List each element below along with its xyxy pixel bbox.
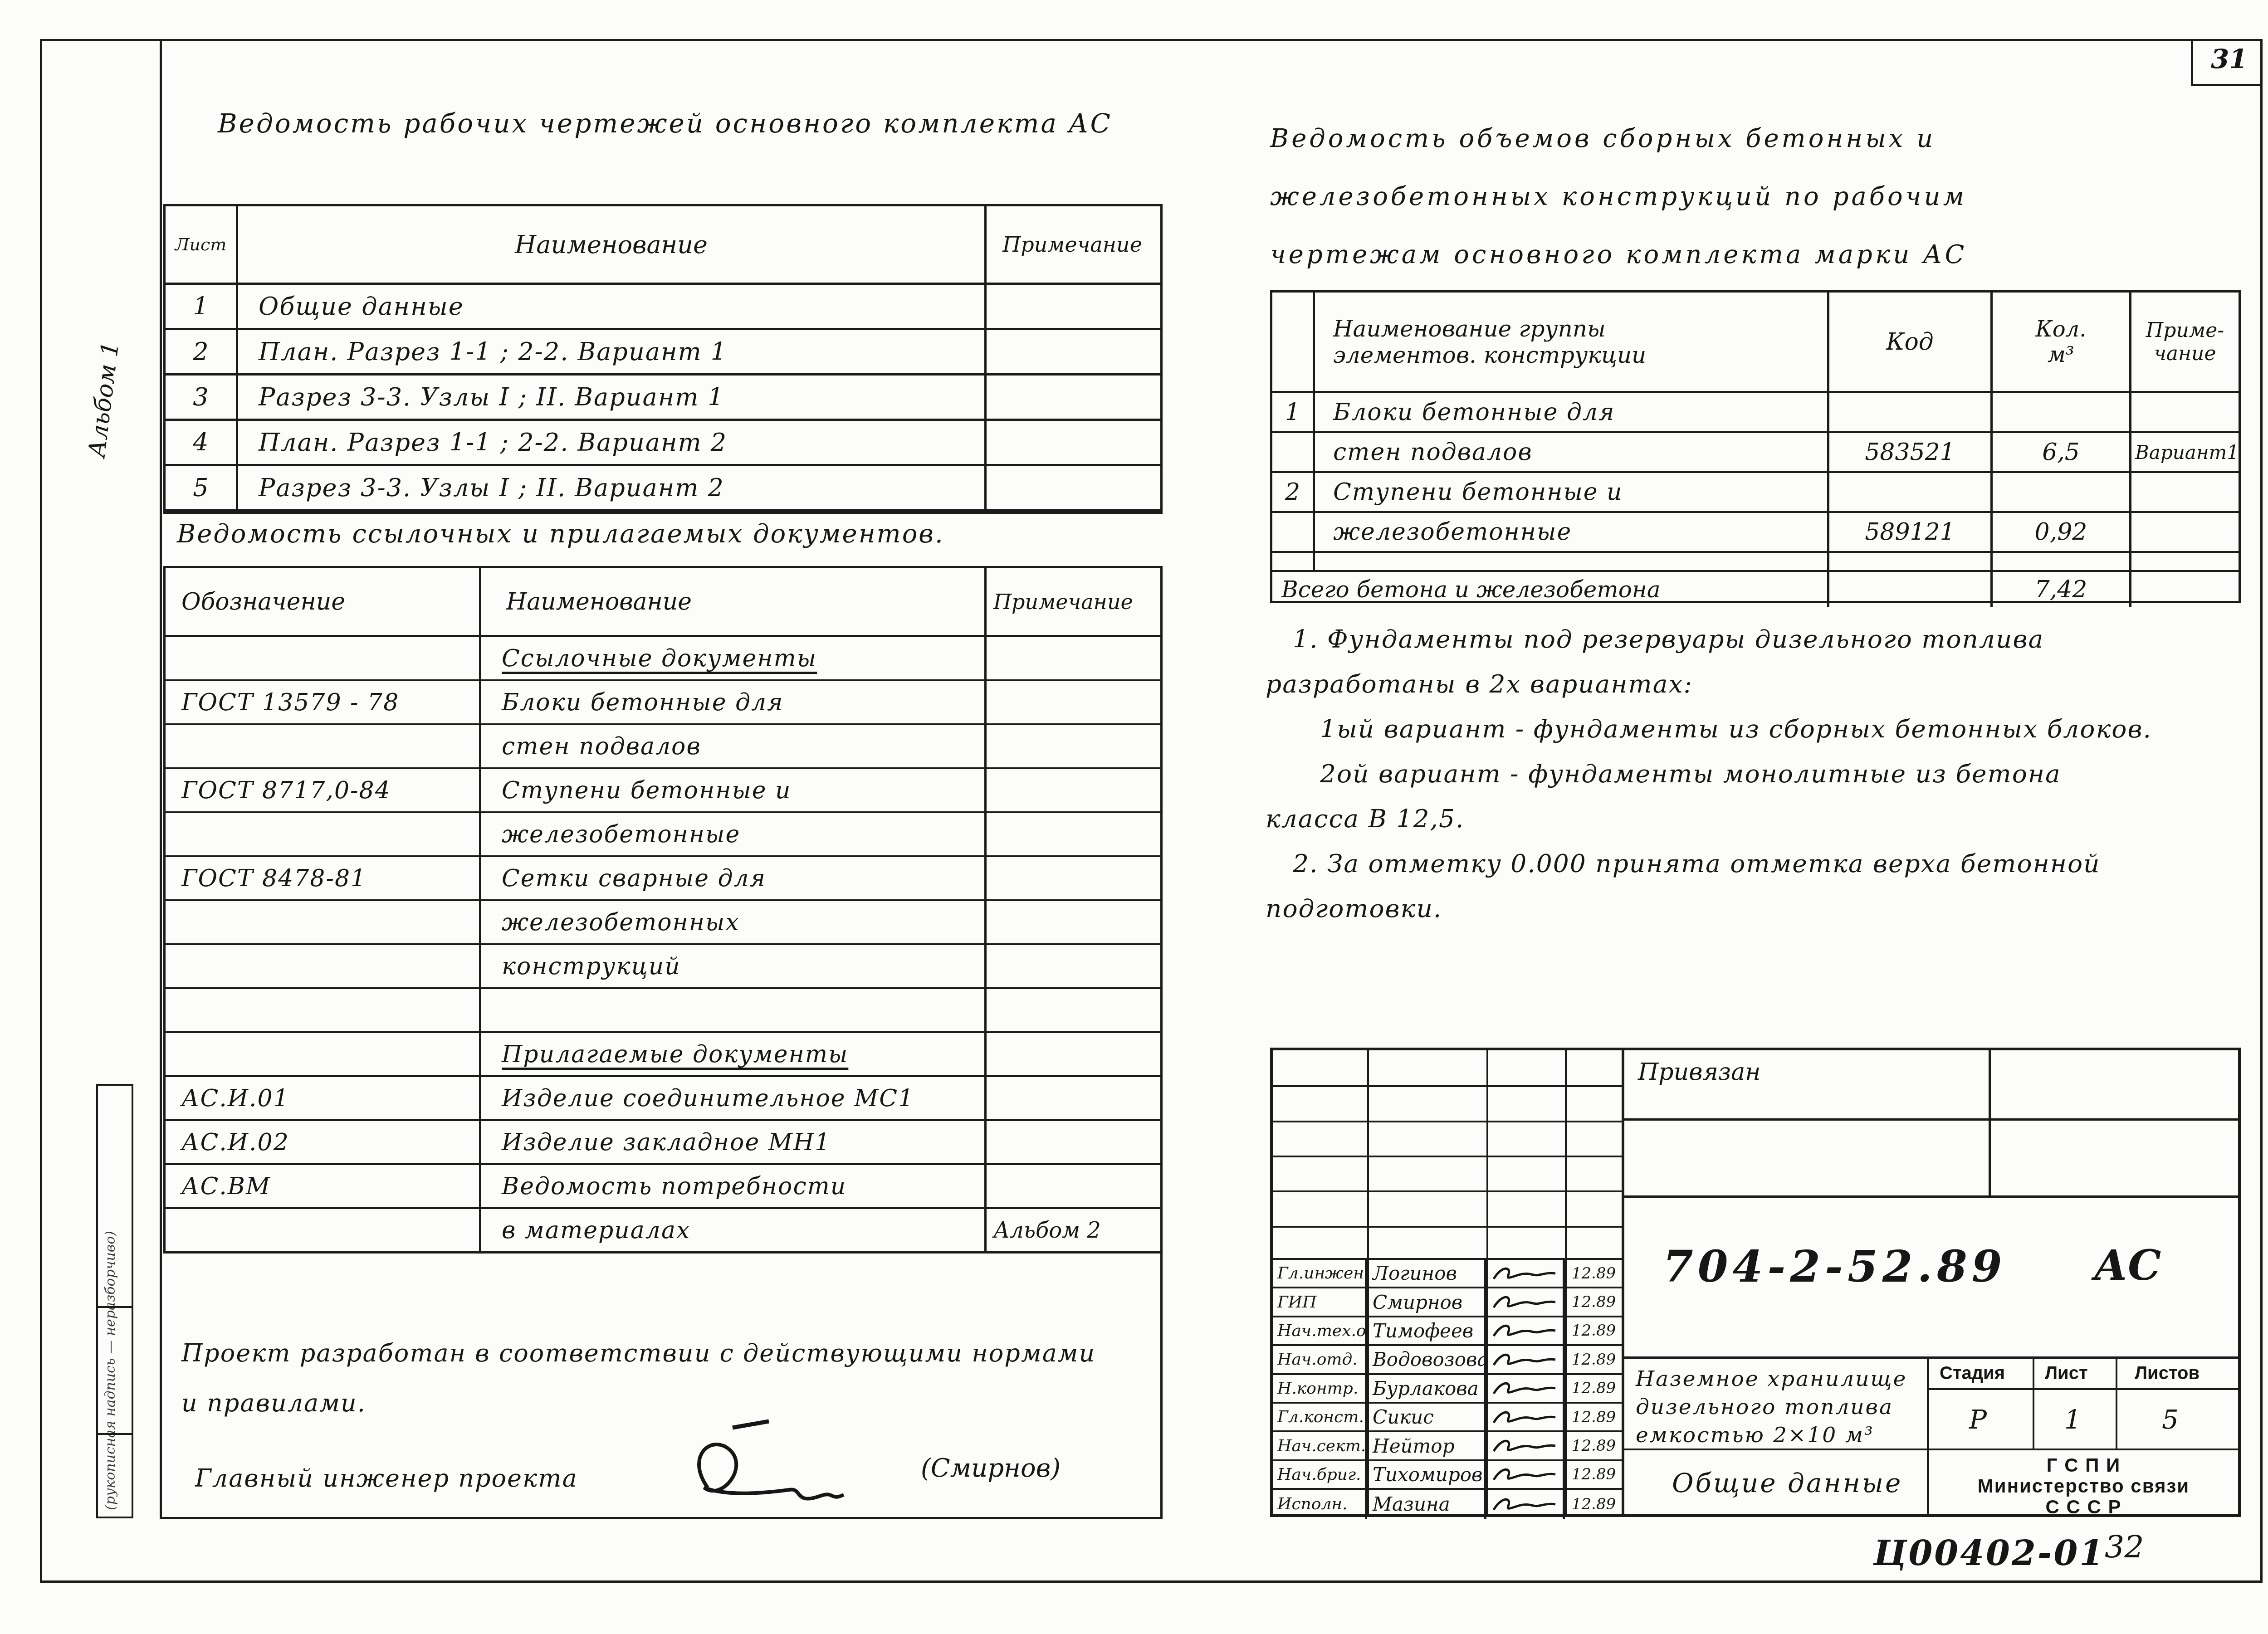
frame-left-outer bbox=[40, 39, 42, 1583]
col-header-sheet: Лист bbox=[166, 206, 238, 283]
row-document-mark bbox=[166, 989, 481, 1031]
row-document-mark bbox=[166, 1209, 481, 1251]
tb-line bbox=[1624, 1449, 1929, 1450]
row-document-name-text: Ссылочные документы bbox=[502, 645, 817, 672]
table-row: 3Разрез 3-3. Узлы I ; II. Вариант 1 bbox=[166, 376, 1160, 421]
table-row: 2План. Разрез 1-1 ; 2-2. Вариант 1 bbox=[166, 330, 1160, 376]
signature-date: 12.89 bbox=[1565, 1260, 1623, 1287]
signature-rows: Гл.инжен.Логинов12.89ГИПСмирнов12.89Нач.… bbox=[1273, 1260, 1623, 1514]
signature-name: Тихомиров bbox=[1367, 1461, 1486, 1488]
row-note bbox=[987, 989, 1158, 1031]
row-document-name: Ступени бетонные и bbox=[481, 769, 987, 811]
row-quantity bbox=[1993, 553, 2131, 570]
tb-rev-line bbox=[1273, 1190, 1623, 1192]
signature-scribble bbox=[1488, 1405, 1561, 1429]
row-code: 583521 bbox=[1829, 433, 1993, 471]
signature-autograph bbox=[1486, 1260, 1565, 1287]
total-note bbox=[2131, 572, 2239, 607]
row-note bbox=[987, 285, 1158, 328]
row-document-name-text: Ступени бетонные и bbox=[502, 777, 792, 804]
signature-name: Нейтор bbox=[1367, 1432, 1486, 1459]
signature-row: ГИПСмирнов12.89 bbox=[1273, 1288, 1623, 1317]
signature-autograph bbox=[1486, 1404, 1565, 1430]
signature-scribble bbox=[1488, 1493, 1561, 1516]
row-element-name: железобетонные bbox=[1315, 513, 1829, 551]
table-row: железобетонные bbox=[166, 813, 1160, 857]
signature-role: ГИП bbox=[1273, 1288, 1367, 1315]
general-notes: 1. Фундаменты под резервуары дизельного … bbox=[1266, 617, 2263, 931]
row-number bbox=[1272, 553, 1315, 570]
row-document-mark bbox=[166, 637, 481, 679]
row-code bbox=[1829, 473, 1993, 511]
row-quantity: 0,92 bbox=[1993, 513, 2131, 551]
row-sheet-number: 2 bbox=[166, 330, 238, 373]
table-row: ГОСТ 8717,0-84Ступени бетонные и bbox=[166, 769, 1160, 813]
signature-date: 12.89 bbox=[1565, 1490, 1623, 1518]
volumes-register-table: Наименование группы элементов. конструкц… bbox=[1270, 290, 2241, 603]
volumes-title-line: Ведомость объемов сборных бетонных и bbox=[1270, 110, 2241, 168]
corner-box-bottom bbox=[2191, 84, 2263, 86]
table-row: стен подвалов5835216,5Вариант1 bbox=[1272, 433, 2239, 473]
chief-engineer-signature bbox=[653, 1415, 907, 1517]
signature-date: 12.89 bbox=[1565, 1375, 1623, 1402]
signature-row: Гл.инжен.Логинов12.89 bbox=[1273, 1260, 1623, 1288]
col-header-note: Примечание bbox=[987, 206, 1158, 283]
qty-header-line1: Кол. bbox=[2036, 317, 2087, 342]
row-document-name: Прилагаемые документы bbox=[481, 1033, 987, 1075]
row-note bbox=[2131, 393, 2239, 431]
row-note bbox=[987, 1121, 1158, 1163]
signature-name: Мазина bbox=[1367, 1490, 1486, 1518]
signature-name: Тимофеев bbox=[1367, 1317, 1486, 1344]
signature-autograph bbox=[1486, 1375, 1565, 1402]
note-line: разработаны в 2х вариантах: bbox=[1266, 662, 2263, 707]
signature-scribble bbox=[1488, 1376, 1561, 1400]
signature-role: Нач.отд. bbox=[1273, 1346, 1367, 1373]
row-number: 1 bbox=[1272, 393, 1315, 431]
row-document-name-text: Сетки сварные для bbox=[502, 865, 766, 892]
row-element-name: Ступени бетонные и bbox=[1315, 473, 1829, 511]
row-note: Альбом 2 bbox=[987, 1209, 1158, 1251]
row-quantity bbox=[1993, 393, 2131, 431]
table-row: АС.И.01Изделие соединительное МС1 bbox=[166, 1077, 1160, 1121]
note-line: 2ой вариант - фундаменты монолитные из б… bbox=[1266, 751, 2263, 796]
row-code bbox=[1829, 393, 1993, 431]
row-document-name-text: железобетонных bbox=[502, 909, 740, 936]
project-title-line: Наземное хранилище bbox=[1636, 1365, 1907, 1393]
row-code: 589121 bbox=[1829, 513, 1993, 551]
tb-rev-line bbox=[1273, 1085, 1623, 1087]
table-row: 4План. Разрез 1-1 ; 2-2. Вариант 2 bbox=[166, 421, 1160, 466]
row-number bbox=[1272, 433, 1315, 471]
margin-vertical-note: (рукописная надпись — неразборчиво) bbox=[103, 1093, 118, 1510]
row-note bbox=[987, 857, 1158, 899]
corner-box-left bbox=[2191, 39, 2193, 86]
signature-date: 12.89 bbox=[1565, 1288, 1623, 1315]
row-sheet-number: 3 bbox=[166, 376, 238, 419]
stage-label: Стадия bbox=[1940, 1363, 2005, 1384]
drawings-register-table: Лист Наименование Примечание 1Общие данн… bbox=[163, 204, 1163, 514]
chief-engineer-name: (Смирнов) bbox=[921, 1454, 1061, 1483]
note-line: 1ый вариант - фундаменты из сборных бето… bbox=[1266, 707, 2263, 751]
frame-bottom bbox=[40, 1580, 2263, 1583]
document-mark: АС bbox=[2094, 1241, 2161, 1290]
col-header-num bbox=[1272, 293, 1315, 391]
row-element-name: стен подвалов bbox=[1315, 433, 1829, 471]
signature-name: Сикис bbox=[1367, 1404, 1486, 1430]
signature-row: Нач.тех.отдТимофеев12.89 bbox=[1273, 1317, 1623, 1346]
signature-autograph bbox=[1486, 1288, 1565, 1315]
drawings-register-rows: 1Общие данные2План. Разрез 1-1 ; 2-2. Ва… bbox=[166, 285, 1160, 512]
signature-role: Н.контр. bbox=[1273, 1375, 1367, 1402]
tb-line bbox=[1927, 1449, 2238, 1450]
table-row: АС.И.02Изделие закладное МН1 bbox=[166, 1121, 1160, 1165]
table-row: конструкций bbox=[166, 945, 1160, 989]
table-row: 1Общие данные bbox=[166, 285, 1160, 330]
album-note: Альбом 1 bbox=[83, 244, 137, 459]
row-document-name-text: Ведомость потребности bbox=[502, 1173, 846, 1200]
row-document-mark: ГОСТ 8478-81 bbox=[166, 857, 481, 899]
note-header-line2: чание bbox=[2146, 342, 2224, 365]
row-document-name-text: в материалах bbox=[502, 1217, 690, 1244]
row-document-mark: ГОСТ 13579 - 78 bbox=[166, 681, 481, 723]
volumes-total-row: Всего бетона и железобетона 7,42 bbox=[1272, 572, 2239, 607]
signature-date: 12.89 bbox=[1565, 1461, 1623, 1488]
row-document-name: железобетонные bbox=[481, 813, 987, 855]
row-document-name: Блоки бетонные для bbox=[481, 681, 987, 723]
row-element-name: Блоки бетонные для bbox=[1315, 393, 1829, 431]
row-document-name-text: стен подвалов bbox=[502, 733, 701, 760]
row-document-name: Сетки сварные для bbox=[481, 857, 987, 899]
row-document-mark: АС.ВМ bbox=[166, 1165, 481, 1207]
tb-line bbox=[1624, 1118, 2238, 1121]
row-note bbox=[987, 421, 1158, 464]
note-line: класса В 12,5. bbox=[1266, 796, 2263, 841]
row-document-name: стен подвалов bbox=[481, 725, 987, 767]
row-document-mark: ГОСТ 8717,0-84 bbox=[166, 769, 481, 811]
project-title-line: дизельного топлива bbox=[1636, 1393, 1907, 1421]
row-code bbox=[1829, 553, 1993, 570]
total-qty: 7,42 bbox=[1993, 572, 2131, 607]
row-document-name-text: Прилагаемые документы bbox=[502, 1041, 848, 1068]
bottom-document-code: Ц00402-01 bbox=[1873, 1533, 2105, 1573]
row-note bbox=[987, 945, 1158, 987]
table-header: Обозначение Наименование Примечание bbox=[166, 568, 1160, 637]
table-row: в материалахАльбом 2 bbox=[166, 1209, 1160, 1253]
table-row: АС.ВМВедомость потребности bbox=[166, 1165, 1160, 1209]
drawing-sheet: 31 Альбом 1 (рукописная надпись — неразб… bbox=[0, 0, 2268, 1634]
signature-row: Гл.конст.Сикис12.89 bbox=[1273, 1404, 1623, 1432]
corner-sheet-number: 31 bbox=[2211, 44, 2248, 74]
row-drawing-name: План. Разрез 1-1 ; 2-2. Вариант 2 bbox=[238, 421, 987, 464]
organization-line: Министерство связи bbox=[1929, 1476, 2238, 1497]
signature-name: Водовозова bbox=[1367, 1346, 1486, 1373]
row-note bbox=[987, 330, 1158, 373]
row-note bbox=[987, 1165, 1158, 1207]
col-header-code: Код bbox=[1829, 293, 1993, 391]
row-drawing-name: План. Разрез 1-1 ; 2-2. Вариант 1 bbox=[238, 330, 987, 373]
row-note: Вариант1 bbox=[2131, 433, 2239, 471]
signature-autograph bbox=[1486, 1346, 1565, 1373]
title-block: Гл.инжен.Логинов12.89ГИПСмирнов12.89Нач.… bbox=[1270, 1048, 2241, 1517]
table-row: железобетонных bbox=[166, 901, 1160, 945]
row-number: 2 bbox=[1272, 473, 1315, 511]
total-code bbox=[1829, 572, 1993, 607]
statement-right-border bbox=[1160, 1252, 1163, 1519]
row-note bbox=[987, 813, 1158, 855]
signature-name: Бурлакова bbox=[1367, 1375, 1486, 1402]
bottom-page-number: 32 bbox=[2105, 1529, 2144, 1565]
row-document-mark: АС.И.01 bbox=[166, 1077, 481, 1119]
organization-line: С С С Р bbox=[1929, 1497, 2238, 1517]
row-document-name: железобетонных bbox=[481, 901, 987, 943]
row-sheet-number: 1 bbox=[166, 285, 238, 328]
col-header-note: Примечание bbox=[987, 568, 1158, 635]
row-element-name bbox=[1315, 553, 1829, 570]
signature-date: 12.89 bbox=[1565, 1346, 1623, 1373]
row-drawing-name: Разрез 3-3. Узлы I ; II. Вариант 1 bbox=[238, 376, 987, 419]
statement-line-1: Проект разработан в соответствии с дейст… bbox=[181, 1339, 1095, 1367]
col-header-name: Наименование bbox=[481, 568, 987, 635]
binding-note: Привязан bbox=[1638, 1058, 1760, 1086]
note-header-line1: Приме- bbox=[2146, 319, 2224, 342]
volumes-title-line: чертежам основного комплекта марки АС bbox=[1270, 226, 2241, 284]
row-sheet-number: 5 bbox=[166, 466, 238, 509]
row-note bbox=[987, 725, 1158, 767]
col-header-name: Наименование bbox=[238, 206, 987, 283]
signature-role: Нач.сект. bbox=[1273, 1432, 1367, 1459]
references-register-title: Ведомость ссылочных и прилагаемых докуме… bbox=[177, 519, 944, 549]
row-document-name: Ведомость потребности bbox=[481, 1165, 987, 1207]
signature-autograph bbox=[1486, 1490, 1565, 1518]
row-document-mark bbox=[166, 945, 481, 987]
frame-left-content bbox=[160, 39, 162, 1519]
project-title: Наземное хранилищедизельного топливаемко… bbox=[1636, 1365, 1907, 1449]
signature-autograph bbox=[1486, 1461, 1565, 1488]
signature-row: Нач.сект.Нейтор12.89 bbox=[1273, 1432, 1623, 1461]
signature-autograph bbox=[1486, 1317, 1565, 1344]
table-row bbox=[1272, 553, 2239, 572]
signature-role: Исполн. bbox=[1273, 1490, 1367, 1518]
note-line: 1. Фундаменты под резервуары дизельного … bbox=[1266, 617, 2263, 662]
table-row: Прилагаемые документы bbox=[166, 1033, 1160, 1077]
table-row: Ссылочные документы bbox=[166, 637, 1160, 681]
drawings-register-title: Ведомость рабочих чертежей основного ком… bbox=[218, 108, 1112, 139]
chief-engineer-label: Главный инженер проекта bbox=[195, 1464, 578, 1493]
row-note bbox=[987, 376, 1158, 419]
row-document-mark bbox=[166, 1033, 481, 1075]
row-document-mark bbox=[166, 813, 481, 855]
signature-autograph bbox=[1486, 1432, 1565, 1459]
signature-date: 12.89 bbox=[1565, 1404, 1623, 1430]
signature-row: Исполн.Мазина12.89 bbox=[1273, 1490, 1623, 1518]
tb-line bbox=[2033, 1356, 2034, 1450]
row-document-name: конструкций bbox=[481, 945, 987, 987]
row-note bbox=[987, 637, 1158, 679]
table-row: ГОСТ 13579 - 78Блоки бетонные для bbox=[166, 681, 1160, 725]
row-document-name-text: Изделие соединительное МС1 bbox=[502, 1085, 914, 1112]
tb-line bbox=[1989, 1050, 1991, 1198]
table-header: Лист Наименование Примечание bbox=[166, 206, 1160, 285]
row-document-name-text: железобетонные bbox=[502, 821, 740, 848]
table-row: ГОСТ 8478-81Сетки сварные для bbox=[166, 857, 1160, 901]
row-quantity: 6,5 bbox=[1993, 433, 2131, 471]
col-header-qty: Кол. м³ bbox=[1993, 293, 2131, 391]
document-number: 704-2-52.89 bbox=[1663, 1241, 2006, 1292]
frame-top bbox=[40, 39, 2263, 41]
row-sheet-number: 4 bbox=[166, 421, 238, 464]
signature-row: Нач.отд.Водовозова12.89 bbox=[1273, 1346, 1623, 1375]
col-header-mark: Обозначение bbox=[166, 568, 481, 635]
signature-role: Гл.инжен. bbox=[1273, 1260, 1367, 1287]
name-header-line1: Наименование группы bbox=[1333, 316, 1646, 342]
signature-name: Логинов bbox=[1367, 1260, 1486, 1287]
signature-scribble bbox=[1488, 1434, 1561, 1458]
signature-role: Нач.тех.отд bbox=[1273, 1317, 1367, 1344]
signature-date: 12.89 bbox=[1565, 1432, 1623, 1459]
name-header-line2: элементов. конструкции bbox=[1333, 342, 1646, 368]
tb-line bbox=[1624, 1356, 2238, 1359]
row-document-name: Изделие закладное МН1 bbox=[481, 1121, 987, 1163]
statement-line-2: и правилами. bbox=[181, 1389, 366, 1417]
project-title-line: емкостью 2×10 м³ bbox=[1636, 1421, 1907, 1449]
sheets-label: Листов bbox=[2135, 1363, 2200, 1384]
tb-line bbox=[1624, 1195, 2238, 1198]
col-header-name: Наименование группы элементов. конструкц… bbox=[1315, 293, 1829, 391]
tb-line bbox=[1927, 1388, 2238, 1390]
row-document-name-text: Блоки бетонные для bbox=[502, 689, 783, 716]
signature-scribble bbox=[1488, 1262, 1561, 1285]
tb-line bbox=[2116, 1356, 2117, 1450]
stage-value: Р bbox=[1969, 1404, 1987, 1435]
note-line: 2. За отметку 0.000 принята отметка верх… bbox=[1266, 841, 2263, 886]
row-document-name-text: конструкций bbox=[502, 953, 681, 980]
qty-header-line2: м³ bbox=[2036, 342, 2087, 367]
tb-rev-line bbox=[1273, 1156, 1623, 1157]
row-document-mark bbox=[166, 725, 481, 767]
row-note bbox=[2131, 473, 2239, 511]
row-document-name-text: Изделие закладное МН1 bbox=[502, 1129, 831, 1156]
volumes-register-title: Ведомость объемов сборных бетонных ижеле… bbox=[1270, 110, 2241, 284]
references-register-table: Обозначение Наименование Примечание Ссыл… bbox=[163, 566, 1163, 1254]
sheet-label: Лист bbox=[2045, 1363, 2088, 1384]
row-drawing-name: Общие данные bbox=[238, 285, 987, 328]
table-row: железобетонные5891210,92 bbox=[1272, 513, 2239, 553]
row-note bbox=[2131, 513, 2239, 551]
row-document-name: Изделие соединительное МС1 bbox=[481, 1077, 987, 1119]
total-label: Всего бетона и железобетона bbox=[1272, 572, 1829, 607]
row-document-name bbox=[481, 989, 987, 1031]
signature-row: Н.контр.Бурлакова12.89 bbox=[1273, 1375, 1623, 1404]
content-bottom-left bbox=[160, 1517, 1163, 1519]
signature-scribble bbox=[653, 1415, 907, 1515]
organization-line: Г С П И bbox=[1929, 1455, 2238, 1476]
row-note bbox=[987, 769, 1158, 811]
row-note bbox=[987, 1077, 1158, 1119]
table-row bbox=[166, 989, 1160, 1033]
sheets-value: 5 bbox=[2162, 1404, 2179, 1435]
sheet-name: Общие данные bbox=[1672, 1468, 1902, 1498]
signature-name: Смирнов bbox=[1367, 1288, 1486, 1315]
row-note bbox=[987, 901, 1158, 943]
tb-rev-line bbox=[1273, 1121, 1623, 1122]
row-document-name: в материалах bbox=[481, 1209, 987, 1251]
signature-scribble bbox=[1488, 1463, 1561, 1486]
volumes-title-line: железобетонных конструкций по рабочим bbox=[1270, 168, 2241, 226]
row-quantity bbox=[1993, 473, 2131, 511]
signature-scribble bbox=[1488, 1319, 1561, 1342]
signature-scribble bbox=[1488, 1290, 1561, 1314]
row-document-mark bbox=[166, 901, 481, 943]
row-note bbox=[987, 681, 1158, 723]
col-header-note: Приме- чание bbox=[2131, 293, 2239, 391]
signature-scribble bbox=[1488, 1348, 1561, 1371]
note-line: подготовки. bbox=[1266, 886, 2263, 931]
row-number bbox=[1272, 513, 1315, 551]
table-row: 5Разрез 3-3. Узлы I ; II. Вариант 2 bbox=[166, 466, 1160, 512]
row-document-mark: АС.И.02 bbox=[166, 1121, 481, 1163]
signature-role: Нач.бриг. bbox=[1273, 1461, 1367, 1488]
table-row: стен подвалов bbox=[166, 725, 1160, 769]
tb-rev-line bbox=[1273, 1226, 1623, 1228]
row-note bbox=[987, 466, 1158, 509]
table-row: 1Блоки бетонные для bbox=[1272, 393, 2239, 433]
sheet-value: 1 bbox=[2064, 1404, 2081, 1435]
signature-date: 12.89 bbox=[1565, 1317, 1623, 1344]
row-note bbox=[2131, 553, 2239, 570]
volumes-register-rows: 1Блоки бетонные длястен подвалов5835216,… bbox=[1272, 393, 2239, 572]
table-row: 2Ступени бетонные и bbox=[1272, 473, 2239, 513]
signature-role: Гл.конст. bbox=[1273, 1404, 1367, 1430]
table-header: Наименование группы элементов. конструкц… bbox=[1272, 293, 2239, 393]
row-drawing-name: Разрез 3-3. Узлы I ; II. Вариант 2 bbox=[238, 466, 987, 509]
row-note bbox=[987, 1033, 1158, 1075]
signature-row: Нач.бриг.Тихомиров12.89 bbox=[1273, 1461, 1623, 1490]
row-document-name: Ссылочные документы bbox=[481, 637, 987, 679]
organization-stamp: Г С П ИМинистерство связиС С С Р bbox=[1929, 1455, 2238, 1517]
references-register-rows: Ссылочные документыГОСТ 13579 - 78Блоки … bbox=[166, 637, 1160, 1253]
